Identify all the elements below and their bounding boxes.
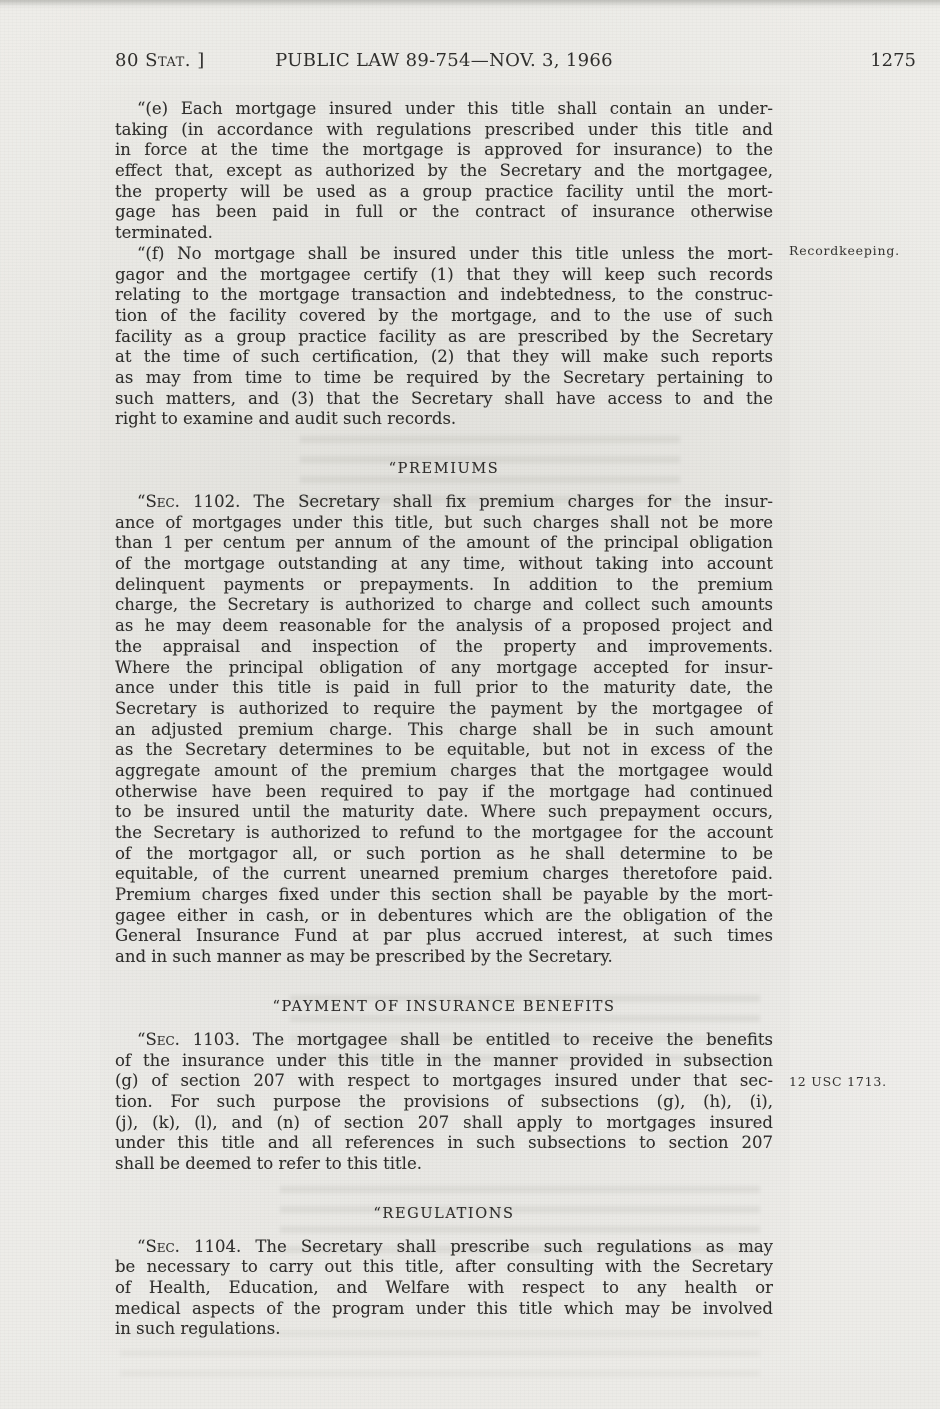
- text-line: Where the principal obligation of any mo…: [115, 658, 773, 679]
- text-line: right to examine and audit such records.: [115, 409, 773, 430]
- text-line: an adjusted premium charge. This charge …: [115, 720, 773, 741]
- text-line: terminated.: [115, 223, 773, 244]
- text-line: be necessary to carry out this title, af…: [115, 1257, 773, 1278]
- text-line: “(f) No mortgage shall be insured under …: [115, 244, 773, 265]
- text-line: as may from time to time be required by …: [115, 368, 773, 389]
- text-line: otherwise have been required to pay if t…: [115, 782, 773, 803]
- text-line: (j), (k), (l), and (n) of section 207 sh…: [115, 1113, 773, 1134]
- text-line: the appraisal and inspection of the prop…: [115, 637, 773, 658]
- text-line: as he may deem reasonable for the analys…: [115, 616, 773, 637]
- text-line: tion of the facility covered by the mort…: [115, 306, 773, 327]
- paragraph: “(e) Each mortgage insured under this ti…: [115, 99, 773, 244]
- text-line: in such regulations.: [115, 1319, 773, 1340]
- text-line: and in such manner as may be prescribed …: [115, 947, 773, 968]
- paragraph: “(f) No mortgage shall be insured under …: [115, 244, 773, 430]
- text-line: Premium charges fixed under this section…: [115, 885, 773, 906]
- text-line: of the insurance under this title in the…: [115, 1051, 773, 1072]
- paragraph: “Sec. 1103. The mortgagee shall be entit…: [115, 1030, 773, 1175]
- text-line: in force at the time the mortgage is app…: [115, 140, 773, 161]
- section-heading: “REGULATIONS: [115, 1205, 773, 1223]
- text-line: relating to the mortgage transaction and…: [115, 285, 773, 306]
- text-line: delinquent payments or prepayments. In a…: [115, 575, 773, 596]
- page-header: 80 Stat. ] PUBLIC LAW 89-754—NOV. 3, 196…: [115, 50, 773, 72]
- text-line: “Sec. 1103. The mortgagee shall be entit…: [115, 1030, 773, 1051]
- text-line: the property will be used as a group pra…: [115, 182, 773, 203]
- text-line: at the time of such certification, (2) t…: [115, 347, 773, 368]
- margin-note-usc-citation: 12 USC 1713.: [789, 1074, 934, 1089]
- section-label: Sec.: [145, 1237, 180, 1256]
- text-line: gagee either in cash, or in debentures w…: [115, 906, 773, 927]
- text-line: gage has been paid in full or the contra…: [115, 202, 773, 223]
- text-line: as the Secretary determines to be equita…: [115, 740, 773, 761]
- text-line: the Secretary is authorized to refund to…: [115, 823, 773, 844]
- text-line: shall be deemed to refer to this title.: [115, 1154, 773, 1175]
- text-line: aggregate amount of the premium charges …: [115, 761, 773, 782]
- scan-edge-artifact: [0, 0, 940, 6]
- paragraph: “Sec. 1104. The Secretary shall prescrib…: [115, 1237, 773, 1340]
- text-line: Secretary is authorized to require the p…: [115, 699, 773, 720]
- law-title: PUBLIC LAW 89-754—NOV. 3, 1966: [115, 50, 773, 71]
- text-line: (g) of section 207 with respect to mortg…: [115, 1071, 773, 1092]
- paragraph: “Sec. 1102. The Secretary shall fix prem…: [115, 492, 773, 968]
- text-line: “(e) Each mortgage insured under this ti…: [115, 99, 773, 120]
- text-line: medical aspects of the program under thi…: [115, 1299, 773, 1320]
- scanned-page: 80 Stat. ] PUBLIC LAW 89-754—NOV. 3, 196…: [0, 0, 940, 1409]
- section-heading: “PAYMENT OF INSURANCE BENEFITS: [115, 998, 773, 1016]
- text-line: ance of mortgages under this title, but …: [115, 513, 773, 534]
- text-line: equitable, of the current unearned premi…: [115, 864, 773, 885]
- text-line: than 1 per centum per annum of the amoun…: [115, 533, 773, 554]
- text-line: tion. For such purpose the provisions of…: [115, 1092, 773, 1113]
- text-line: “Sec. 1102. The Secretary shall fix prem…: [115, 492, 773, 513]
- margin-note-recordkeeping: Recordkeeping.: [789, 243, 934, 258]
- text-line: to be insured until the maturity date. W…: [115, 802, 773, 823]
- text-line: facility as a group practice facility as…: [115, 327, 773, 348]
- text-line: such matters, and (3) that the Secretary…: [115, 389, 773, 410]
- text-line: of the mortgage outstanding at any time,…: [115, 554, 773, 575]
- text-line: charge, the Secretary is authorized to c…: [115, 595, 773, 616]
- section-heading: “PREMIUMS: [115, 460, 773, 478]
- text-line: effect that, except as authorized by the…: [115, 161, 773, 182]
- section-label: Sec.: [145, 1030, 180, 1049]
- text-line: “Sec. 1104. The Secretary shall prescrib…: [115, 1237, 773, 1258]
- text-line: ance under this title is paid in full pr…: [115, 678, 773, 699]
- text-line: of Health, Education, and Welfare with r…: [115, 1278, 773, 1299]
- text-line: under this title and all references in s…: [115, 1133, 773, 1154]
- text-line: General Insurance Fund at par plus accru…: [115, 926, 773, 947]
- text-line: taking (in accordance with regulations p…: [115, 120, 773, 141]
- section-label: Sec.: [145, 492, 180, 511]
- statute-text-column: “(e) Each mortgage insured under this ti…: [115, 99, 773, 1340]
- text-line: of the mortgagor all, or such portion as…: [115, 844, 773, 865]
- text-line: gagor and the mortgagee certify (1) that…: [115, 265, 773, 286]
- page-number: 1275: [870, 50, 916, 71]
